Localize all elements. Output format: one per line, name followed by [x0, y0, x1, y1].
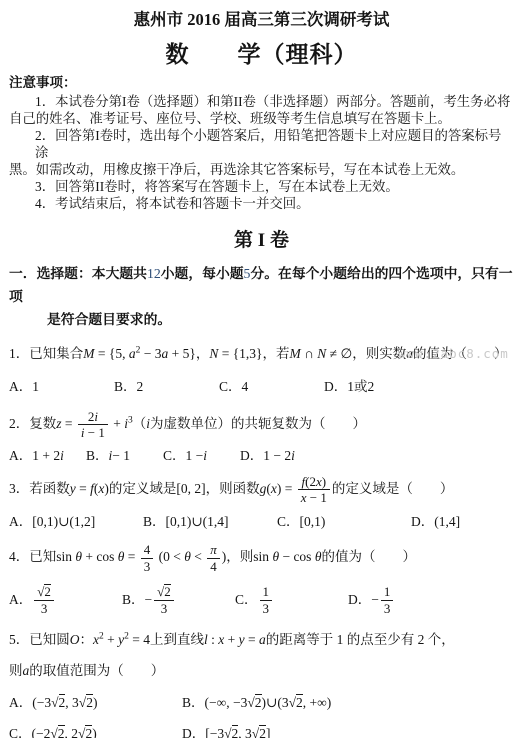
exam-title: 惠州市 2016 届高三第三次调研考试 — [9, 10, 514, 30]
option-row: A．[0,1)∪(1,2]B．[0,1)∪(1,4]C．[0,1)D．(1,4] — [9, 513, 514, 531]
text-run: ≠ ∅ — [326, 346, 352, 361]
option: D．[−3√2, 3√2] — [182, 725, 270, 738]
text-run: 4 — [144, 542, 151, 557]
option: B．(−∞, −3√2)∪(3√2, +∞) — [182, 694, 331, 712]
questions-list: 1．已知集合M = {5, a2 − 3a + 5}，N = {1,3}，若M … — [9, 343, 514, 738]
watermark-text: www.2abc8.com — [398, 346, 509, 361]
text-run: A．1 + 2 — [9, 447, 60, 465]
text-run: : — [208, 632, 219, 647]
fraction-denominator: 4 — [207, 559, 220, 574]
text-run: A． — [9, 591, 32, 609]
question-stem: 3．若函数y = f(x)的定义域是[0, 2]，则函数g(x) = f(2x)… — [9, 474, 514, 506]
text-run: C．(−2 — [9, 725, 50, 738]
text-run: ，则 — [226, 549, 253, 564]
text-run: 3 — [161, 601, 168, 616]
text-run: ： — [80, 632, 94, 647]
subject-title: 数 学（理科） — [9, 41, 514, 68]
text-run: sin — [253, 549, 272, 564]
text-run: )∪(3 — [262, 694, 289, 712]
option: D．1 − 2i — [240, 447, 295, 465]
text-run: i — [291, 447, 295, 465]
radicand: 2 — [86, 694, 93, 711]
text-run: B．2 — [114, 378, 143, 396]
text-run: ] — [266, 725, 271, 738]
notice-line: 自己的姓名、准考证号、座位号、学校、班级等考生信息填写在答题卡上。 — [9, 110, 514, 127]
text-run: + cos — [82, 549, 118, 564]
text-run: M — [83, 346, 94, 361]
exam-paper-page: 惠州市 2016 届高三第三次调研考试 数 学（理科） 注意事项： 1．本试卷分… — [0, 0, 523, 738]
option: C．13 — [235, 584, 348, 616]
question-stem: 2．复数z = 2ii − 1 + i3（i为虚数单位）的共轭复数为（ ） — [9, 409, 514, 441]
text-run: 5．已知圆 — [9, 632, 70, 647]
option: A．(−3√2, 3√2) — [9, 694, 182, 712]
text-run: 一．选择题：本大题共 — [9, 266, 147, 281]
text-run: 的距离等于 — [266, 632, 334, 647]
fraction-denominator: 3 — [141, 559, 154, 574]
text-run: 或 — [354, 378, 368, 396]
fraction-denominator: 3 — [381, 601, 394, 616]
sqrt-radical: √2 — [247, 694, 261, 712]
fraction-numerator: √2 — [154, 584, 174, 601]
text-run: 小题，每小题 — [161, 266, 244, 281]
text-run: 3 — [144, 559, 151, 574]
text-run: 2 — [368, 378, 375, 396]
text-run: + — [104, 632, 118, 647]
text-run: + — [110, 416, 124, 431]
text-run: A．(−3 — [9, 694, 51, 712]
option: B．−√23 — [122, 584, 235, 616]
text-run: 4 — [210, 559, 217, 574]
text-run: 2．复数 — [9, 416, 56, 431]
notice-line: 2．回答第I卷时，选出每个小题答案后，用铅笔把答题卡上对应题目的答案标号涂 — [9, 127, 514, 161]
option: B．[0,1)∪(1,4] — [143, 513, 277, 531]
text-run: < — [191, 549, 205, 564]
text-run: i — [60, 447, 64, 465]
option: C．[0,1) — [277, 513, 411, 531]
text-run: , +∞) — [303, 694, 331, 712]
text-run: , 2 — [65, 725, 79, 738]
text-run: N — [209, 346, 218, 361]
fraction-denominator: 3 — [34, 601, 54, 616]
text-run: − 1 — [307, 490, 327, 505]
text-run: a — [259, 632, 266, 647]
text-run: ) = — [277, 481, 296, 496]
option-row: C．(−2√2, 2√2)D．[−3√2, 3√2] — [9, 725, 514, 738]
sqrt-radical: √2 — [252, 725, 266, 738]
notice-lines: 1．本试卷分第I卷（选择题）和第II卷（非选择题）两部分。答题前，考生务必将自己… — [9, 93, 514, 212]
notice-line: 1．本试卷分第I卷（选择题）和第II卷（非选择题）两部分。答题前，考生务必将 — [9, 93, 514, 110]
text-run: 则 — [9, 663, 23, 678]
fraction: 43 — [141, 542, 154, 574]
text-run: 3 — [384, 601, 391, 616]
option-row: A．1 + 2iB．i − 1C．1 − iD．1 − 2i — [9, 447, 514, 465]
text-run: 1 — [333, 632, 347, 647]
text-run: 个， — [428, 632, 455, 647]
text-run: B．[0,1)∪(1,4] — [143, 513, 229, 531]
text-run: M — [290, 346, 301, 361]
text-run: 的值为（ ） — [321, 549, 416, 564]
multiple-choice-intro-line2: 是符合题目要求的。 — [9, 308, 514, 331]
fraction: 2ii − 1 — [78, 409, 108, 441]
highlighted-number: 12 — [147, 266, 161, 281]
notice-heading: 注意事项： — [9, 75, 514, 91]
option: A．1 + 2i — [9, 447, 86, 465]
text-run: C． — [235, 591, 258, 609]
text-run: 的定义域是 — [109, 481, 177, 496]
text-run: ∩ — [301, 346, 318, 361]
text-run: D．1 − 2 — [240, 447, 291, 465]
text-run: − 3 — [140, 346, 161, 361]
text-run: 3 — [263, 601, 270, 616]
radicand: 2 — [44, 584, 51, 600]
option-row: A．1B．2C．4D．1或2 — [9, 378, 514, 396]
text-run: O — [70, 632, 80, 647]
fraction: 13 — [260, 584, 273, 616]
text-run: − 1 — [112, 447, 130, 465]
fraction-denominator: 3 — [154, 601, 174, 616]
fraction: 13 — [381, 584, 394, 616]
notice-line: 4．考试结束后，将本试卷和答题卡一并交回。 — [9, 195, 514, 212]
fraction-numerator: 4 — [141, 542, 154, 558]
text-run: A．[0,1)∪(1,2] — [9, 513, 95, 531]
text-run: = — [245, 632, 259, 647]
fraction-numerator: 1 — [260, 584, 273, 600]
text-run: 1 — [384, 584, 391, 599]
question-3: 3．若函数y = f(x)的定义域是[0, 2]，则函数g(x) = f(2x)… — [9, 474, 514, 532]
sqrt-radical: √2 — [51, 694, 65, 712]
sqrt-radical: √2 — [37, 584, 51, 600]
radicand: 2 — [58, 725, 65, 738]
sqrt-radical: √2 — [79, 694, 93, 712]
text-run: ，若 — [263, 346, 290, 361]
text-run: a — [129, 346, 136, 361]
fraction-numerator: f(2x) — [298, 474, 330, 490]
sqrt-radical: √2 — [157, 584, 171, 600]
text-run: B． — [86, 447, 109, 465]
option-row: A．(−3√2, 3√2)B．(−∞, −3√2)∪(3√2, +∞) — [9, 694, 514, 712]
text-run: ， — [196, 346, 210, 361]
text-run: D．[−3 — [182, 725, 224, 738]
text-run: ) — [322, 474, 326, 489]
text-run: C．1 − — [163, 447, 203, 465]
text-run: (0 < — [155, 549, 184, 564]
text-run: = — [62, 416, 76, 431]
text-run: = — [76, 481, 90, 496]
notice-section: 注意事项： 1．本试卷分第I卷（选择题）和第II卷（非选择题）两部分。答题前，考… — [9, 75, 514, 212]
text-run: + — [224, 632, 238, 647]
fraction-numerator: 2i — [78, 409, 108, 425]
radicand: 2 — [296, 694, 303, 711]
text-run: N — [317, 346, 326, 361]
sqrt-radical: √2 — [78, 725, 92, 738]
fraction: √23 — [34, 584, 54, 616]
option: D．(1,4] — [411, 513, 460, 531]
text-run: i — [94, 409, 98, 424]
text-run: A．1 — [9, 378, 39, 396]
sqrt-radical: √2 — [224, 725, 238, 738]
text-run: C．[0,1) — [277, 513, 325, 531]
fraction: √23 — [154, 584, 174, 616]
option: D．−13 — [348, 584, 395, 616]
text-run: π — [210, 542, 217, 557]
option: C．4 — [219, 378, 324, 396]
text-run: ) — [92, 725, 97, 738]
notice-line: 3．回答第II卷时，将答案写在答题卡上，写在本试卷上无效。 — [9, 178, 514, 195]
radicand: 2 — [255, 694, 262, 711]
text-run: D．(1,4] — [411, 513, 460, 531]
text-run: − cos — [279, 549, 315, 564]
radicand: 2 — [259, 725, 266, 738]
question-stem: 4．已知sin θ + cos θ = 43 (0 < θ < π4)，则sin… — [9, 542, 514, 574]
sqrt-radical: √2 — [289, 694, 303, 712]
part1-heading: 第 I 卷 — [9, 228, 514, 253]
text-run: 的取值范围为（ ） — [29, 663, 164, 678]
radicand: 2 — [232, 725, 239, 738]
fraction-denominator: x − 1 — [298, 490, 330, 505]
text-run: B．(−∞, −3 — [182, 694, 247, 712]
text-run: + 5} — [168, 346, 196, 361]
question-5: 5．已知圆O：x2 + y2 = 4上到直线l : x + y = a的距离等于… — [9, 629, 514, 738]
text-run: (2 — [305, 474, 316, 489]
text-run: 1 — [263, 584, 270, 599]
question-4: 4．已知sin θ + cos θ = 43 (0 < θ < π4)，则sin… — [9, 542, 514, 616]
question-stem: 则a的取值范围为（ ） — [9, 660, 514, 681]
text-run: = 4 — [129, 632, 150, 647]
text-run: D．− — [348, 591, 379, 609]
radicand: 2 — [59, 694, 66, 711]
text-run: （ — [133, 416, 147, 431]
option: B．2 — [114, 378, 219, 396]
text-run: = {1,3} — [218, 346, 262, 361]
text-run: θ — [184, 549, 191, 564]
fraction-numerator: 1 — [381, 584, 394, 600]
multiple-choice-intro-line1: 一．选择题：本大题共12小题，每小题5分。在每个小题给出的四个选项中，只有一项 — [9, 262, 514, 308]
option-row: A．√23B．−√23C．13D．−13 — [9, 584, 514, 616]
fraction: f(2x)x − 1 — [298, 474, 330, 506]
question-2: 2．复数z = 2ii − 1 + i3（i为虚数单位）的共轭复数为（ ）A．1… — [9, 409, 514, 465]
option: A．1 — [9, 378, 114, 396]
text-run: C．4 — [219, 378, 248, 396]
fraction-denominator: i − 1 — [78, 425, 108, 440]
text-run: ) — [93, 694, 98, 712]
fraction: π4 — [207, 542, 220, 574]
text-run: , 3 — [238, 725, 252, 738]
text-run: 上到直线 — [150, 632, 204, 647]
text-run: 4．已知 — [9, 549, 56, 564]
multiple-choice-intro: 一．选择题：本大题共12小题，每小题5分。在每个小题给出的四个选项中，只有一项 … — [9, 262, 514, 331]
text-run: 为虚数单位）的共轭复数为（ ） — [150, 416, 366, 431]
text-run: [0, 2] — [176, 481, 205, 496]
text-run: 的点至少有 — [347, 632, 415, 647]
option: C．1 − i — [163, 447, 240, 465]
option: C．(−2√2, 2√2) — [9, 725, 182, 738]
option: A．√23 — [9, 584, 122, 616]
text-run: 3．若函数 — [9, 481, 70, 496]
text-run: 1．已知集合 — [9, 346, 83, 361]
fraction-numerator: √2 — [34, 584, 54, 601]
radicand: 2 — [85, 725, 92, 738]
sqrt-radical: √2 — [50, 725, 64, 738]
text-run: 2 — [414, 632, 428, 647]
text-run: , 3 — [65, 694, 79, 712]
text-run: D．1 — [324, 378, 354, 396]
text-run: i — [203, 447, 207, 465]
notice-line: 黑。如需改动，用橡皮擦干净后，再选涂其它答案标号，写在本试卷上无效。 — [9, 161, 514, 178]
option: A．[0,1)∪(1,2] — [9, 513, 143, 531]
text-run: 的定义域是（ ） — [332, 481, 454, 496]
text-run: = {5, — [95, 346, 129, 361]
text-run: 3 — [41, 601, 48, 616]
fraction-numerator: π — [207, 542, 220, 558]
radicand: 2 — [164, 584, 171, 600]
text-run: − 1 — [85, 425, 105, 440]
question-stem: 5．已知圆O：x2 + y2 = 4上到直线l : x + y = a的距离等于… — [9, 629, 514, 650]
text-run: = — [124, 549, 138, 564]
fraction-denominator: 3 — [260, 601, 273, 616]
text-run: sin — [56, 549, 75, 564]
text-run: B．− — [122, 591, 152, 609]
option: B．i − 1 — [86, 447, 163, 465]
text-run: ，则函数 — [206, 481, 260, 496]
option: D．1或2 — [324, 378, 374, 396]
